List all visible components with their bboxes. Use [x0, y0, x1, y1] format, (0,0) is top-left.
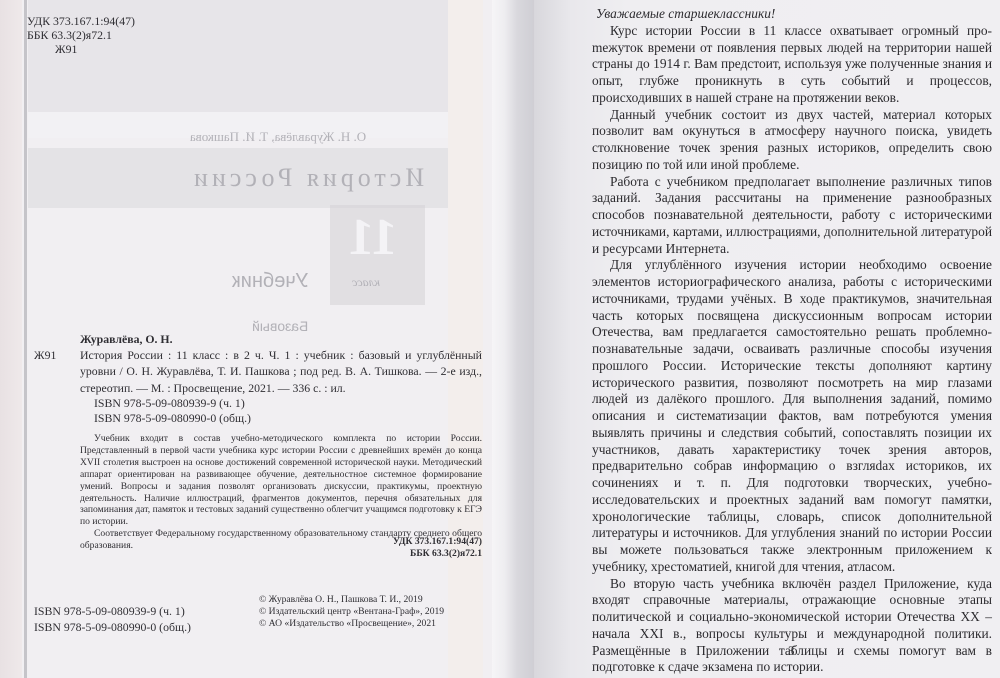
left-page-imprint: О. Н. Журавлёва, Т. И. Пашкова История Р… — [0, 0, 492, 678]
preface-paragraph: Для углублённого изучения истории необхо… — [592, 257, 992, 575]
ghost-cover-grade-label: класс — [352, 275, 380, 290]
card-isbn-part: ISBN 978-5-09-080939-9 (ч. 1) — [34, 396, 482, 412]
page-edge — [0, 0, 22, 678]
preface-paragraph: Во вторую часть учебника включён раздел … — [592, 576, 992, 677]
ghost-cover-authors: О. Н. Журавлёва, Т. И. Пашкова — [190, 129, 366, 145]
author-mark: Ж91 — [27, 42, 135, 56]
udk-code: УДК 373.167.1:94(47) — [27, 14, 135, 28]
classification-codes-top: УДК 373.167.1:94(47) ББК 63.3(2)я72.1 Ж9… — [27, 14, 135, 56]
preface-text: Уважаемые старшеклассники! Курс истории … — [592, 6, 992, 676]
book-spread: О. Н. Журавлёва, Т. И. Пашкова История Р… — [0, 0, 1000, 678]
bbk-code: ББК 63.3(2)я72.1 — [290, 548, 482, 560]
preface-paragraph: Работа с учебником предполагает выполнен… — [592, 174, 992, 258]
page-number: 3 — [788, 643, 795, 659]
copyright-line: © Издательский центр «Вентана-Граф», 201… — [259, 606, 444, 618]
preface-greeting: Уважаемые старшеклассники! — [592, 6, 992, 23]
card-isbn-total: ISBN 978-5-09-080990-0 (общ.) — [34, 411, 482, 427]
ghost-cover-title: История России — [190, 163, 424, 193]
isbn-total: ISBN 978-5-09-080990-0 (общ.) — [34, 620, 191, 636]
right-page-preface: Уважаемые старшеклассники! Курс истории … — [534, 0, 1000, 678]
preface-paragraph: Курс истории России в 11 классе охватыва… — [592, 23, 992, 107]
card-author: Журавлёва, О. Н. — [34, 331, 482, 347]
classification-codes-bottom: УДК 373.167.1:94(47) ББК 63.3(2)я72.1 — [290, 536, 482, 560]
copyright-block: © Журавлёва О. Н., Пашкова Т. И., 2019 ©… — [259, 594, 444, 630]
copyright-line: © АО «Издательство «Просвещение», 2021 — [259, 618, 444, 630]
copyright-line: © Журавлёва О. Н., Пашкова Т. И., 2019 — [259, 594, 444, 606]
annotation: Учебник входит в состав учебно-методичес… — [80, 433, 482, 552]
isbn-part: ISBN 978-5-09-080939-9 (ч. 1) — [34, 604, 191, 620]
isbn-block: ISBN 978-5-09-080939-9 (ч. 1) ISBN 978-5… — [34, 604, 191, 635]
preface-paragraph: Данный учебник состоит из двух частей, м… — [592, 107, 992, 174]
udk-code: УДК 373.167.1:94(47) — [290, 536, 482, 548]
card-description: История России : 11 класс : в 2 ч. Ч. 1 … — [80, 347, 482, 396]
ghost-cover-grade: 11 — [348, 208, 397, 267]
catalog-card: Журавлёва, О. Н. Ж91 История России : 11… — [34, 331, 482, 427]
book-gutter — [492, 0, 534, 678]
page-fold-line — [24, 0, 27, 678]
ghost-cover-type: Учебник — [232, 270, 308, 293]
bbk-code: ББК 63.3(2)я72.1 — [27, 28, 135, 42]
annotation-paragraph: Учебник входит в состав учебно-методичес… — [80, 433, 482, 528]
card-class-mark: Ж91 — [34, 347, 80, 396]
